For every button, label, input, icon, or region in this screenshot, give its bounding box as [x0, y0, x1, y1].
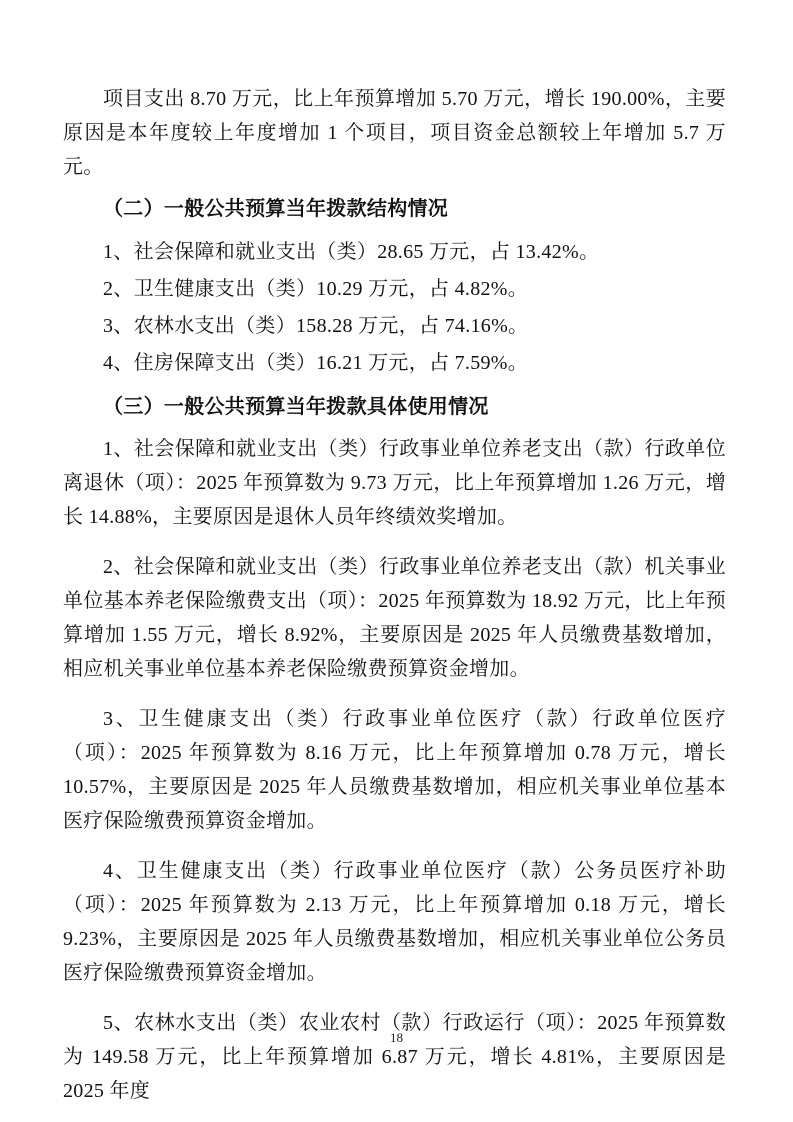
detail-paragraph-1: 1、社会保障和就业支出（类）行政事业单位养老支出（款）行政单位离退休（项）：20… — [63, 432, 726, 534]
detail-paragraph-4: 4、卫生健康支出（类）行政事业单位医疗（款）公务员医疗补助（项）：2025 年预… — [63, 854, 726, 990]
intro-paragraph: 项目支出 8.70 万元，比上年预算增加 5.70 万元，增长 190.00%，… — [63, 82, 726, 184]
section-heading-3: （三）一般公共预算当年拨款具体使用情况 — [63, 389, 726, 425]
structure-item-4: 4、住房保障支出（类）16.21 万元，占 7.59%。 — [63, 345, 726, 382]
page-number: 18 — [0, 1030, 793, 1046]
detail-paragraph-3: 3、卫生健康支出（类）行政事业单位医疗（款）行政单位医疗（项）：2025 年预算… — [63, 702, 726, 838]
detail-paragraph-5: 5、农林水支出（类）农业农村（款）行政运行（项）：2025 年预算数为 149.… — [63, 1006, 726, 1108]
document-body: 项目支出 8.70 万元，比上年预算增加 5.70 万元，增长 190.00%，… — [63, 82, 726, 1108]
detail-paragraph-2: 2、社会保障和就业支出（类）行政事业单位养老支出（款）机关事业单位基本养老保险缴… — [63, 550, 726, 686]
structure-item-3: 3、农林水支出（类）158.28 万元，占 74.16%。 — [63, 308, 726, 345]
structure-item-1: 1、社会保障和就业支出（类）28.65 万元，占 13.42%。 — [63, 234, 726, 271]
document-page: 项目支出 8.70 万元，比上年预算增加 5.70 万元，增长 190.00%，… — [0, 0, 793, 1122]
structure-item-2: 2、卫生健康支出（类）10.29 万元，占 4.82%。 — [63, 271, 726, 308]
section-heading-2: （二）一般公共预算当年拨款结构情况 — [63, 191, 726, 227]
